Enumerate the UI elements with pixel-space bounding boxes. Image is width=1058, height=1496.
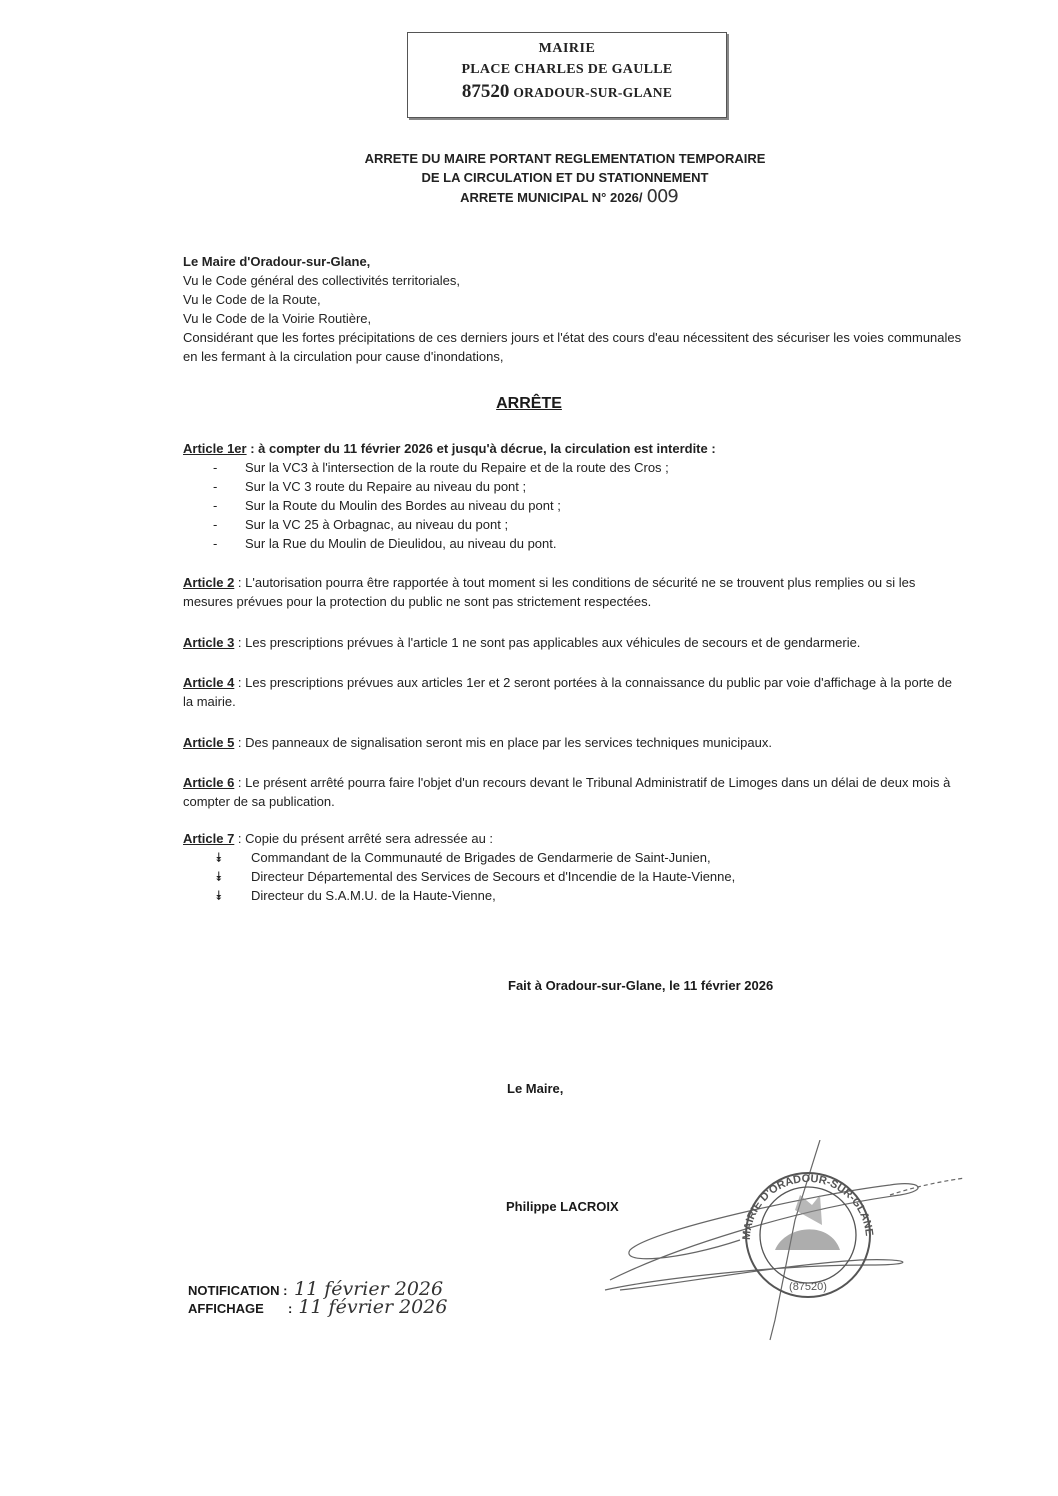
list-item: ⯯Directeur du S.A.M.U. de la Haute-Vienn… [183,886,963,905]
preamble-line: Vu le Code général des collectivités ter… [183,271,963,290]
preamble-considerant: Considérant que les fortes précipitation… [183,328,963,366]
list-item: ⯯Commandant de la Communauté de Brigades… [183,848,963,867]
article-2: Article 2 : L'autorisation pourra être r… [183,573,963,611]
preamble-line: Vu le Code de la Voirie Routière, [183,309,963,328]
list-item: -Sur la VC3 à l'intersection de la route… [183,458,963,477]
arrow-down-icon: ⯯ [215,848,223,867]
letterhead-address: PLACE CHARLES DE GAULLE [408,62,726,78]
bullet-icon: - [213,534,217,553]
document-page: MAIRIE PLACE CHARLES DE GAULLE 87520 ORA… [0,0,1058,1496]
letterhead-mairie: MAIRIE [408,41,726,57]
arrow-down-icon: ⯯ [215,886,223,905]
article-6: Article 6 : Le présent arrêté pourra fai… [183,773,963,811]
arrete-number-handwritten: 009 [647,186,678,207]
letterhead-city-name: ORADOUR-SUR-GLANE [513,85,672,100]
closed-roads-list: -Sur la VC3 à l'intersection de la route… [183,458,963,553]
title-line-1: ARRETE DU MAIRE PORTANT REGLEMENTATION T… [330,149,800,168]
arrete-heading: ARRÊTE [0,395,1058,413]
letterhead-box: MAIRIE PLACE CHARLES DE GAULLE 87520 ORA… [407,32,727,118]
signature-place-date: Fait à Oradour-sur-Glane, le 11 février … [508,978,773,993]
article-3: Article 3 : Les prescriptions prévues à … [183,633,963,652]
article-4: Article 4 : Les prescriptions prévues au… [183,673,963,711]
stamp-icon: MAIRIE D'ORADOUR-SUR-GLANE (87520) [741,1173,875,1297]
bullet-icon: - [213,477,217,496]
title-line-3: ARRETE MUNICIPAL N° 2026/009 [330,187,800,207]
arrow-down-icon: ⯯ [215,867,223,886]
preamble-maire: Le Maire d'Oradour-sur-Glane, [183,252,963,271]
notification-block: NOTIFICATION :11 février 2026 AFFICHAGE:… [188,1281,447,1317]
signature-role: Le Maire, [507,1081,563,1096]
document-title: ARRETE DU MAIRE PORTANT REGLEMENTATION T… [330,149,800,207]
letterhead-city: 87520 ORADOUR-SUR-GLANE [408,81,726,103]
svg-text:(87520): (87520) [789,1281,827,1293]
article-5: Article 5 : Des panneaux de signalisatio… [183,733,963,752]
bullet-icon: - [213,458,217,477]
list-item: -Sur la Rue du Moulin de Dieulidou, au n… [183,534,963,553]
title-line-2: DE LA CIRCULATION ET DU STATIONNEMENT [330,168,800,187]
preamble: Le Maire d'Oradour-sur-Glane, Vu le Code… [183,252,963,366]
preamble-line: Vu le Code de la Route, [183,290,963,309]
bullet-icon: - [213,496,217,515]
article-7: Article 7 : Copie du présent arrêté sera… [183,829,963,905]
affichage-row: AFFICHAGE:11 février 2026 [188,1299,447,1317]
article-1-text: : à compter du 11 février 2026 et jusqu'… [247,441,716,456]
arrete-number-label: ARRETE MUNICIPAL N° 2026/ [460,188,642,207]
list-item: -Sur la VC 3 route du Repaire au niveau … [183,477,963,496]
affichage-date-handwritten: 11 février 2026 [298,1296,447,1318]
recipients-list: ⯯Commandant de la Communauté de Brigades… [183,848,963,905]
list-item: ⯯Directeur Départemental des Services de… [183,867,963,886]
article-1: Article 1er : à compter du 11 février 20… [183,439,963,553]
affichage-sep: : [288,1301,292,1316]
affichage-label: AFFICHAGE [188,1300,288,1317]
list-item: -Sur la VC 25 à Orbagnac, au niveau du p… [183,515,963,534]
article-1-label: Article 1er [183,441,247,456]
list-item: -Sur la Route du Moulin des Bordes au ni… [183,496,963,515]
notification-label: NOTIFICATION : [188,1282,288,1299]
letterhead-zip: 87520 [462,81,510,102]
official-stamp-and-signature: MAIRIE D'ORADOUR-SUR-GLANE (87520) [590,1140,970,1360]
bullet-icon: - [213,515,217,534]
